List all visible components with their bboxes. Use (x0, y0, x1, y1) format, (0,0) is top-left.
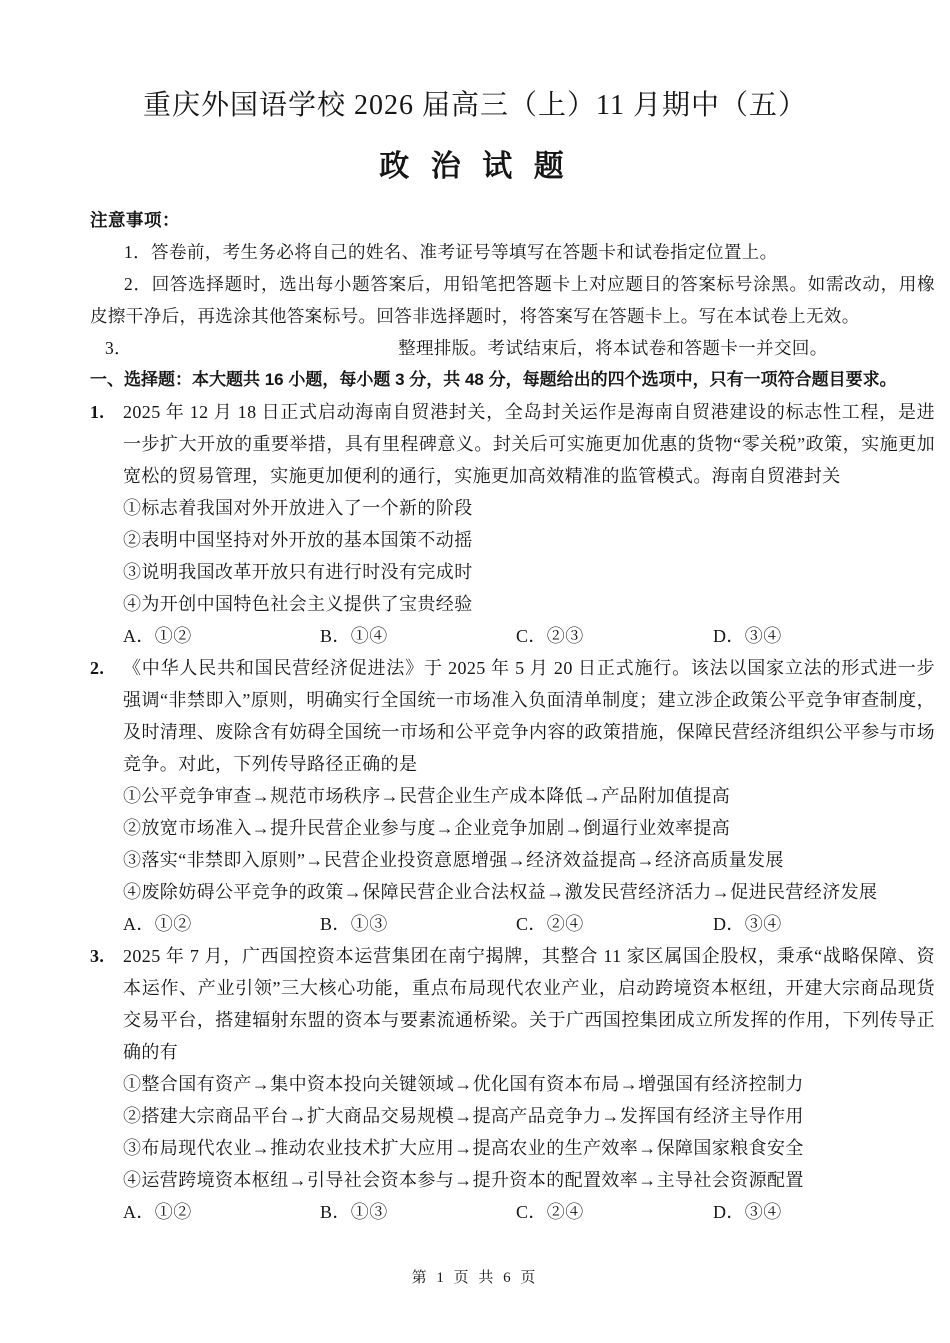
question-3-number: 3. (90, 940, 104, 972)
question-2: 2. 《中华人民共和国民营经济促进法》于 2025 年 5 月 20 日正式施行… (90, 652, 935, 940)
question-2-choice-b: B．①③ (320, 908, 516, 940)
question-2-choices: A．①② B．①③ C．②④ D．③④ (123, 908, 935, 940)
question-3-stem: 2025 年 7 月，广西国控资本运营集团在南宁揭牌，其整合 11 家区属国企股… (123, 940, 935, 1068)
page-number: 第 1 页 共 6 页 (0, 1266, 950, 1287)
notice-item-3: 3．整理排版。考试结束后，将本试卷和答题卡一并交回。 (90, 332, 935, 364)
question-3-choice-d: D．③④ (713, 1196, 935, 1228)
question-1-number: 1. (90, 396, 104, 428)
question-2-statement-3: ③落实“非禁即入原则”→民营企业投资意愿增强→经济效益提高→经济高质量发展 (123, 844, 935, 876)
question-1: 1. 2025 年 12 月 18 日正式启动海南自贸港封关，全岛封关运作是海南… (90, 396, 935, 652)
question-1-choice-a: A．①② (123, 620, 320, 652)
question-3: 3. 2025 年 7 月，广西国控资本运营集团在南宁揭牌，其整合 11 家区属… (90, 940, 935, 1228)
question-3-choice-c: C．②④ (516, 1196, 713, 1228)
question-1-statement-3: ③说明我国改革开放只有进行时没有完成时 (123, 556, 935, 588)
question-2-statement-4: ④废除妨碍公平竞争的政策→保障民营企业合法权益→激发民营经济活力→促进民营经济发… (123, 876, 935, 908)
question-1-choices: A．①② B．①④ C．②③ D．③④ (123, 620, 935, 652)
question-3-choices: A．①② B．①③ C．②④ D．③④ (123, 1196, 935, 1228)
question-3-choice-b: B．①③ (320, 1196, 516, 1228)
section-heading: 一、选择题：本大题共 16 小题，每小题 3 分，共 48 分，每题给出的四个选… (90, 364, 935, 396)
question-1-choice-d: D．③④ (713, 620, 935, 652)
question-1-statement-1: ①标志着我国对外开放进入了一个新的阶段 (123, 492, 935, 524)
question-3-choice-a: A．①② (123, 1196, 320, 1228)
question-2-number: 2. (90, 652, 104, 684)
question-1-statement-2: ②表明中国坚持对外开放的基本国策不动摇 (123, 524, 935, 556)
notice-heading: 注意事项： (90, 204, 935, 236)
exam-title: 重庆外国语学校 2026 届高三（上）11 月期中（五） (0, 86, 950, 126)
exam-page: 重庆外国语学校 2026 届高三（上）11 月期中（五） 政 治 试 题 注意事… (0, 0, 950, 1343)
question-2-stem: 《中华人民共和国民营经济促进法》于 2025 年 5 月 20 日正式施行。该法… (123, 652, 935, 780)
question-2-statement-1: ①公平竞争审查→规范市场秩序→民营企业生产成本降低→产品附加值提高 (123, 780, 935, 812)
question-2-statement-2: ②放宽市场准入→提升民营企业参与度→企业竞争加剧→倒逼行业效率提高 (123, 812, 935, 844)
question-3-statement-1: ①整合国有资产→集中资本投向关键领域→优化国有资本布局→增强国有经济控制力 (123, 1068, 935, 1100)
question-2-choice-a: A．①② (123, 908, 320, 940)
exam-content: 注意事项： 1．答卷前，考生务必将自己的姓名、准考证号等填写在答题卡和试卷指定位… (90, 204, 935, 1228)
question-3-statement-3: ③布局现代农业→推动农业技术扩大应用→提高农业的生产效率→保障国家粮食安全 (123, 1132, 935, 1164)
notice-item-3-text: 整理排版。考试结束后，将本试卷和答题卡一并交回。 (398, 338, 828, 358)
exam-subject-title: 政 治 试 题 (0, 146, 950, 188)
question-1-choice-b: B．①④ (320, 620, 516, 652)
question-3-statement-2: ②搭建大宗商品平台→扩大商品交易规模→提高产品竞争力→发挥国有经济主导作用 (123, 1100, 935, 1132)
notice-item-1: 1．答卷前，考生务必将自己的姓名、准考证号等填写在答题卡和试卷指定位置上。 (90, 236, 935, 268)
question-2-choice-d: D．③④ (713, 908, 935, 940)
question-3-statement-4: ④运营跨境资本枢纽→引导社会资本参与→提升资本的配置效率→主导社会资源配置 (123, 1164, 935, 1196)
notice-item-2: 2．回答选择题时，选出每小题答案后，用铅笔把答题卡上对应题目的答案标号涂黑。如需… (90, 268, 935, 332)
question-1-choice-c: C．②③ (516, 620, 713, 652)
question-1-stem: 2025 年 12 月 18 日正式启动海南自贸港封关，全岛封关运作是海南自贸港… (123, 396, 935, 492)
question-2-choice-c: C．②④ (516, 908, 713, 940)
question-1-statement-4: ④为开创中国特色社会主义提供了宝贵经验 (123, 588, 935, 620)
notice-item-3-number: 3． (105, 338, 132, 358)
